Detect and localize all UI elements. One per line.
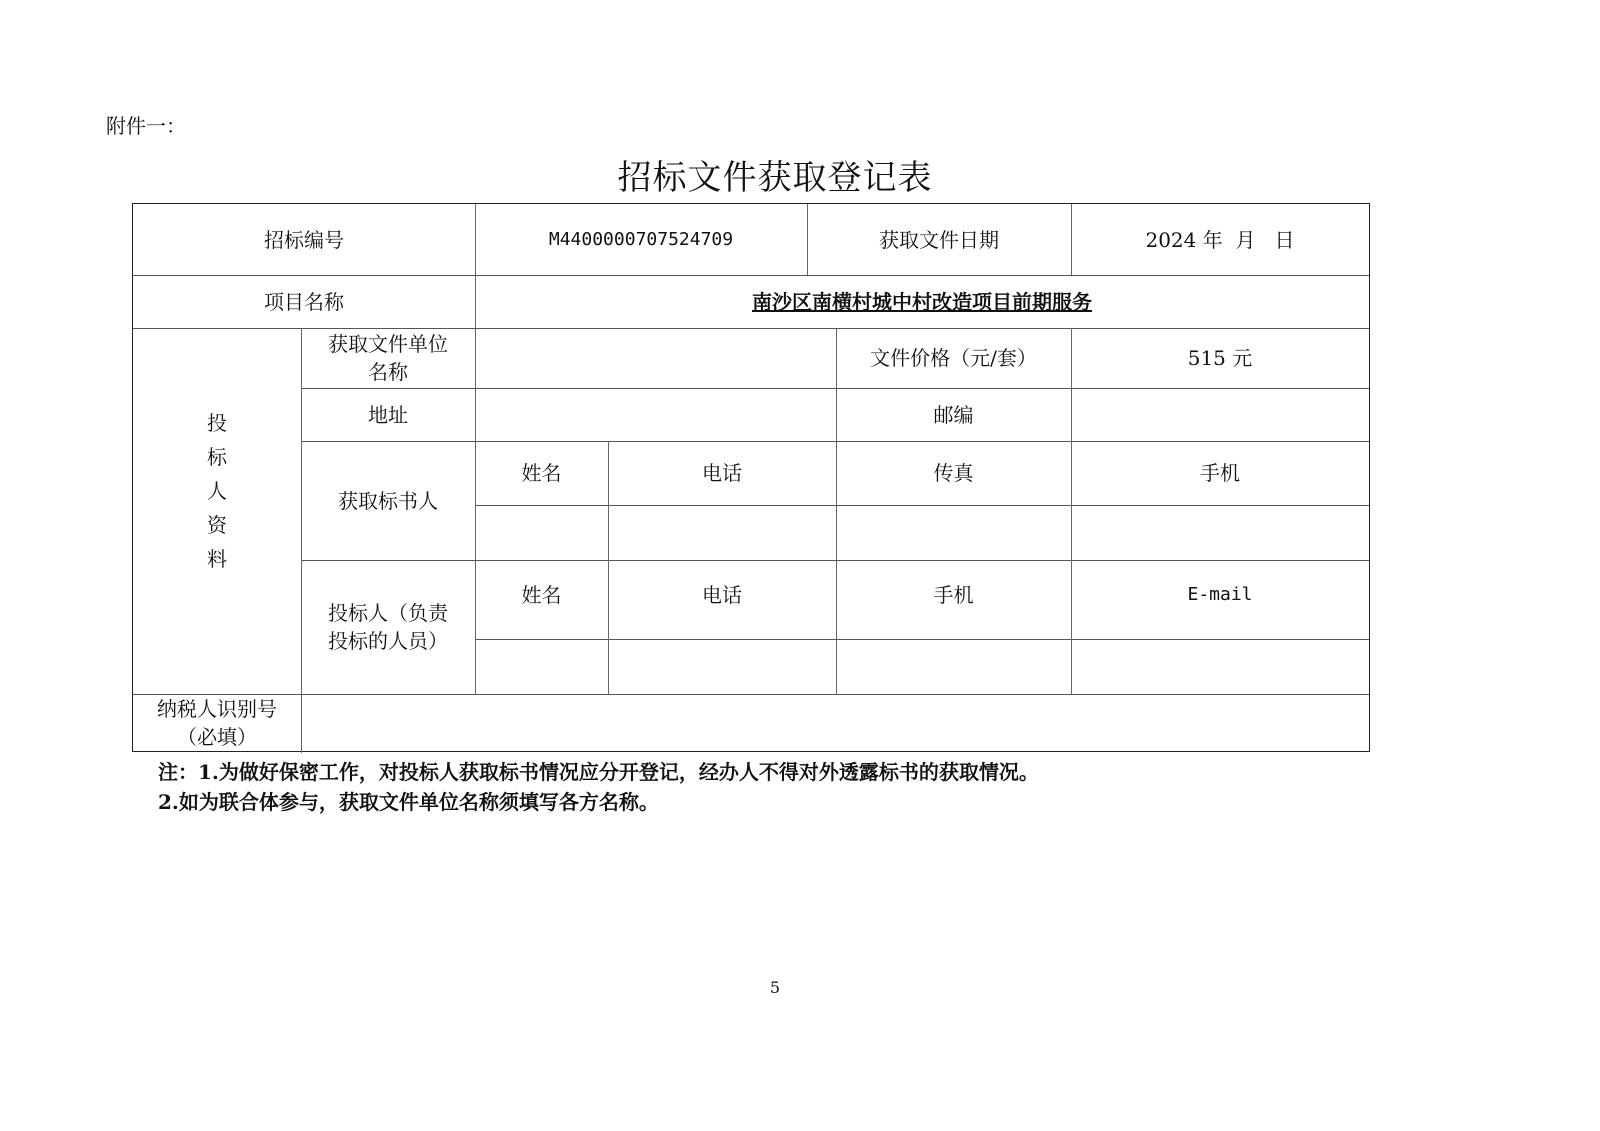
taxpayer-id-field[interactable] (301, 694, 1369, 751)
bid-contact-name-field[interactable] (475, 639, 608, 694)
collector-fax-field[interactable] (836, 505, 1071, 560)
unit-name-field[interactable] (475, 328, 836, 388)
bidder-info-section-label: 投 标 人 资 料 (133, 328, 301, 694)
bid-contact-header-mobile: 手机 (836, 560, 1071, 639)
section-char: 资 (207, 508, 227, 542)
collector-phone-field[interactable] (608, 505, 836, 560)
note-2: 2.如为联合体参与，获取文件单位名称须填写各方名称。 (158, 786, 659, 815)
price-value: 515 元 (1071, 328, 1369, 388)
tender-no-value: M4400000707524709 (475, 204, 807, 275)
form-title: 招标文件获取登记表 (0, 150, 1550, 199)
bid-contact-header-name: 姓名 (475, 560, 608, 639)
bid-contact-phone-field[interactable] (608, 639, 836, 694)
attachment-label: 附件一： (106, 110, 186, 139)
collector-mobile-field[interactable] (1071, 505, 1369, 560)
page-number: 5 (0, 978, 1550, 997)
address-label: 地址 (301, 388, 475, 441)
postcode-label: 邮编 (836, 388, 1071, 441)
project-name-label: 项目名称 (133, 275, 475, 328)
bid-contact-mobile-field[interactable] (836, 639, 1071, 694)
collector-header-mobile: 手机 (1071, 441, 1369, 505)
collector-header-name: 姓名 (475, 441, 608, 505)
bid-contact-header-email: E-mail (1071, 560, 1369, 639)
section-char: 投 (207, 406, 227, 440)
collector-label: 获取标书人 (301, 441, 475, 560)
registration-table: 招标编号 M4400000707524709 获取文件日期 2024 年 月 日… (132, 203, 1370, 752)
section-char: 料 (207, 542, 227, 576)
tender-no-label: 招标编号 (133, 204, 475, 275)
date-field[interactable]: 2024 年 月 日 (1071, 204, 1369, 275)
project-name-value: 南沙区南横村城中村改造项目前期服务 (475, 275, 1369, 328)
collector-header-phone: 电话 (608, 441, 836, 505)
section-char: 标 (207, 440, 227, 474)
collector-header-fax: 传真 (836, 441, 1071, 505)
unit-name-label: 获取文件单位名称 (301, 328, 475, 388)
section-char: 人 (207, 474, 227, 508)
postcode-field[interactable] (1071, 388, 1369, 441)
bid-contact-email-field[interactable] (1071, 639, 1369, 694)
taxpayer-id-label: 纳税人识别号（必填） (133, 694, 301, 751)
date-label: 获取文件日期 (807, 204, 1071, 275)
address-field[interactable] (475, 388, 836, 441)
bid-contact-header-phone: 电话 (608, 560, 836, 639)
bid-contact-label: 投标人（负责投标的人员） (301, 560, 475, 694)
note-1: 注：1.为做好保密工作，对投标人获取标书情况应分开登记，经办人不得对外透露标书的… (158, 756, 1039, 785)
price-label: 文件价格（元/套） (836, 328, 1071, 388)
collector-name-field[interactable] (475, 505, 608, 560)
